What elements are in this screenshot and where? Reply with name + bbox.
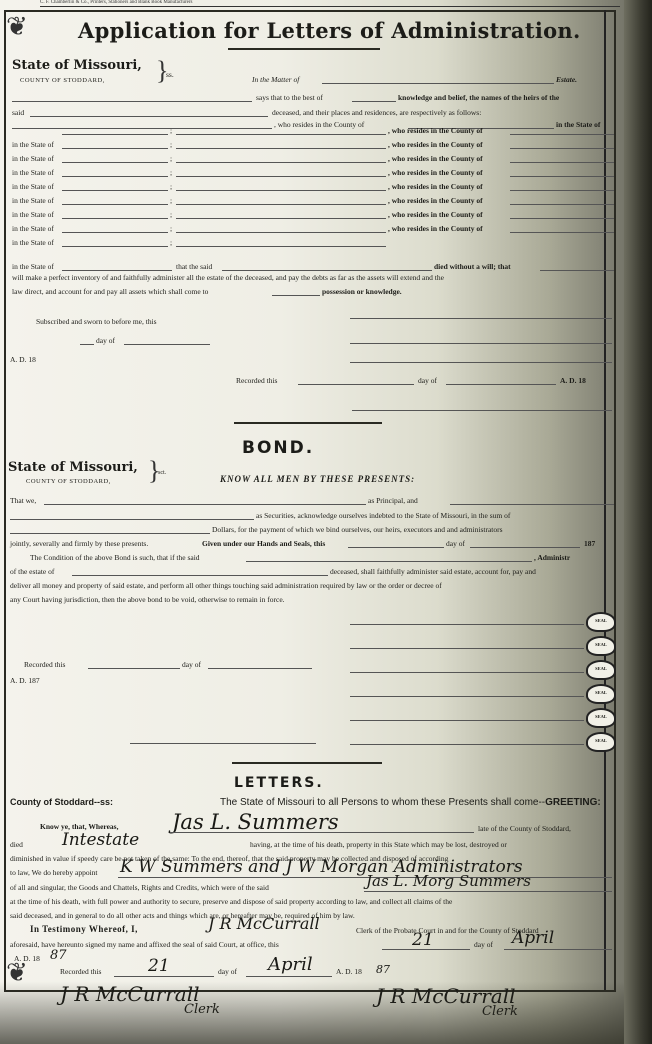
recorded-day-field[interactable]: [88, 668, 180, 669]
text: day of: [474, 940, 493, 949]
day-field[interactable]: [80, 344, 94, 345]
month-field[interactable]: [504, 949, 612, 950]
given-day-field[interactable]: [348, 547, 444, 548]
recorded-month-field[interactable]: [208, 668, 312, 669]
text: , who resides in the County of: [388, 168, 483, 177]
decedent-field[interactable]: [30, 116, 268, 117]
text: jointly, severally and firmly by these p…: [10, 539, 148, 548]
text: in the State of: [12, 196, 54, 205]
securities-field[interactable]: [10, 519, 254, 520]
separator: ;: [170, 168, 172, 177]
seal-icon: SEAL: [586, 732, 616, 752]
decedent-field[interactable]: [222, 270, 432, 271]
recorder-signature-line[interactable]: [130, 743, 316, 744]
text: day of: [418, 376, 437, 385]
text: Dollars, for the payment of which we bin…: [212, 525, 503, 534]
separator: ;: [170, 210, 172, 219]
text: 187: [584, 539, 595, 548]
heir-county-field[interactable]: [510, 176, 614, 177]
text: , who resides in the County of: [388, 224, 483, 233]
county-label: COUNTY OF STODDARD,: [26, 478, 111, 485]
heir-county-field[interactable]: [510, 162, 614, 163]
heir-state-field[interactable]: [62, 134, 168, 135]
recorded-month-handwritten[interactable]: April: [268, 954, 313, 975]
heir-state-field[interactable]: [62, 232, 168, 233]
intestate-handwritten[interactable]: Intestate: [62, 830, 139, 850]
testimony-label: In Testimony Whereof, I,: [30, 925, 138, 934]
surety-signature-line[interactable]: [350, 696, 584, 697]
matter-field[interactable]: [322, 83, 554, 84]
text: in the State of: [556, 120, 600, 129]
possession-field[interactable]: [272, 295, 320, 296]
heir-name-field[interactable]: [176, 246, 386, 247]
heir-county-field[interactable]: [510, 218, 614, 219]
text: as Securities, acknowledge ourselves ind…: [256, 511, 510, 520]
text: day of: [182, 660, 201, 669]
section-divider: [232, 762, 382, 764]
heir-county-field[interactable]: [510, 232, 614, 233]
recorder-signature-line[interactable]: [352, 410, 612, 411]
deceased-name-handwritten[interactable]: Jas L. Morg Summers: [366, 872, 531, 890]
greeting-word: GREETING:: [545, 797, 601, 808]
text: That we,: [10, 496, 36, 505]
text: , Administr: [534, 553, 570, 562]
heir-state-field[interactable]: [62, 218, 168, 219]
appointees-field[interactable]: [118, 877, 612, 878]
text: will make a perfect inventory of and fai…: [12, 273, 444, 282]
surety-signature-line[interactable]: [350, 672, 584, 673]
text: in the State of: [12, 154, 54, 163]
text: of all and singular, the Goods and Chatt…: [10, 883, 269, 892]
clerk-signature-left[interactable]: J R McCurrall: [60, 982, 200, 1006]
surety-signature-line[interactable]: [350, 648, 584, 649]
text: in the State of: [12, 182, 54, 191]
amount-field[interactable]: [10, 533, 210, 534]
heir-name-field[interactable]: [176, 162, 386, 163]
text: Given under our Hands and Seals, this: [202, 539, 325, 548]
signature-line[interactable]: [350, 362, 612, 363]
clerk-name-handwritten[interactable]: J R McCurrall: [208, 914, 320, 933]
corner-ornament-icon: ❦: [6, 960, 28, 986]
heir-state-field[interactable]: [62, 162, 168, 163]
text: says that to the best of: [256, 93, 323, 102]
month-handwritten[interactable]: April: [512, 928, 554, 948]
knowledge-field[interactable]: [352, 101, 396, 102]
text: A. D. 18: [14, 954, 40, 963]
greeting-line: The State of Missouri to all Persons to …: [220, 797, 601, 808]
text: any Court having jurisdiction, then the …: [10, 595, 285, 604]
given-month-field[interactable]: [470, 547, 580, 548]
text: , who resides in the County of: [388, 140, 483, 149]
heir-state-field[interactable]: [62, 176, 168, 177]
heir-name-field[interactable]: [176, 148, 386, 149]
separator: ;: [170, 154, 172, 163]
text: , who resides in the County of: [388, 154, 483, 163]
text: in the State of: [12, 262, 54, 271]
estate-label: Estate.: [556, 75, 577, 84]
deceased-name-handwritten[interactable]: Jas L. Summers: [172, 810, 339, 834]
heir-name-field[interactable]: [176, 204, 386, 205]
principal-field[interactable]: [44, 504, 366, 505]
text: as Principal, and: [368, 496, 418, 505]
heir-name-field[interactable]: [176, 218, 386, 219]
year-handwritten[interactable]: 87: [50, 948, 67, 963]
text: day of: [446, 539, 465, 548]
text: law direct, and account for and pay all …: [12, 287, 208, 296]
page-title: Application for Letters of Administratio…: [78, 18, 581, 43]
heir-county-field[interactable]: [510, 134, 614, 135]
title-divider: [228, 48, 380, 50]
deceased-name-field[interactable]: [170, 832, 474, 833]
letters-heading: LETTERS.: [234, 775, 324, 791]
text: at the time of his death, with full powe…: [10, 897, 452, 906]
text: that the said: [176, 262, 212, 271]
month-field[interactable]: [124, 344, 210, 345]
heir-name-field[interactable]: [176, 190, 386, 191]
text: Recorded this: [60, 967, 101, 976]
securities-field[interactable]: [450, 504, 614, 505]
separator: ;: [170, 140, 172, 149]
seal-icon: SEAL: [586, 708, 616, 728]
seal-icon: SEAL: [586, 636, 616, 656]
seal-icon: SEAL: [586, 612, 616, 632]
deceased-name-field[interactable]: [364, 891, 612, 892]
text: in the State of: [12, 238, 54, 247]
state-field[interactable]: [62, 270, 172, 271]
county-label: County of Stoddard--ss:: [10, 798, 113, 807]
recorded-day-handwritten[interactable]: 21: [148, 956, 170, 976]
heir-name-field[interactable]: [176, 232, 386, 233]
document-page: C. F. Chamberlin & Co., Printers, Statio…: [0, 0, 624, 1044]
signature-line[interactable]: [350, 343, 612, 344]
state-label: State of Missouri,: [8, 460, 138, 475]
heir-state-field[interactable]: [62, 246, 168, 247]
text: said: [12, 108, 24, 117]
text: deliver all money and property of said e…: [10, 581, 442, 590]
heir-name-field[interactable]: [176, 134, 386, 135]
surety-signature-line[interactable]: [350, 624, 584, 625]
heir-state-field[interactable]: [62, 148, 168, 149]
right-margin-rule: [604, 10, 606, 990]
recorded-month-field[interactable]: [246, 976, 332, 977]
text: deceased, and their places and residence…: [272, 108, 481, 117]
surety-signature-line[interactable]: [350, 720, 584, 721]
text: , who resides in the County of: [388, 126, 483, 135]
heir-state-field[interactable]: [62, 204, 168, 205]
heir-name-field[interactable]: [12, 128, 272, 129]
clerk-title-right: Clerk: [482, 1004, 518, 1019]
clerk-title-left: Clerk: [184, 1002, 220, 1017]
text: day of: [218, 967, 237, 976]
text: to law, We do hereby appoint: [10, 868, 98, 877]
text: Recorded this: [24, 660, 65, 669]
corner-ornament-icon: ❦: [6, 14, 28, 40]
text: A. D. 18: [560, 376, 586, 385]
text: in the State of: [12, 224, 54, 233]
heir-county-field[interactable]: [510, 148, 614, 149]
text: A. D. 187: [10, 676, 40, 685]
heir-county-field[interactable]: [510, 190, 614, 191]
heir-state-field[interactable]: [62, 190, 168, 191]
text: late of the County of Stoddard,: [478, 824, 571, 833]
recorded-day-field[interactable]: [298, 384, 414, 385]
sct-label: sct.: [158, 469, 166, 478]
text: , who resides in the County of: [388, 182, 483, 191]
seal-icon: SEAL: [586, 660, 616, 680]
text: died: [10, 840, 23, 849]
page-edge-shadow: [624, 0, 652, 1044]
text: day of: [96, 336, 115, 345]
greeting-text: The State of Missouri to all Persons to …: [220, 797, 545, 808]
text: possession or knowledge.: [322, 287, 402, 296]
day-field[interactable]: [382, 949, 470, 950]
text: Recorded this: [236, 376, 277, 385]
seal-icon: SEAL: [586, 684, 616, 704]
estate-field[interactable]: [72, 575, 328, 576]
ss-label: ss.: [166, 70, 174, 79]
bond-heading: BOND.: [242, 438, 314, 458]
text: having, at the time of his death, proper…: [250, 840, 507, 849]
text: of the estate of: [10, 567, 54, 576]
heir-name-field[interactable]: [176, 176, 386, 177]
text: A. D. 18: [336, 967, 362, 976]
separator: ;: [170, 238, 172, 247]
separator: ;: [170, 182, 172, 191]
recorded-day-field[interactable]: [114, 976, 214, 977]
matter-label: In the Matter of: [252, 75, 299, 84]
separator: ;: [170, 196, 172, 205]
separator: ;: [170, 126, 172, 135]
text: in the State of: [12, 210, 54, 219]
text: in the State of: [12, 140, 54, 149]
text: , who resides in the County of: [274, 120, 364, 129]
text: died without a will; that: [434, 262, 511, 271]
section-divider: [234, 422, 382, 424]
surety-signature-line[interactable]: [350, 744, 584, 745]
text: knowledge and belief, the names of the h…: [398, 93, 559, 102]
know-all-heading: KNOW ALL MEN BY THESE PRESENTS:: [220, 474, 415, 484]
text: A. D. 18: [10, 355, 36, 364]
separator: ;: [170, 224, 172, 233]
recorded-month-field[interactable]: [446, 384, 556, 385]
petitioner-field[interactable]: [12, 101, 252, 102]
day-handwritten[interactable]: 21: [412, 930, 434, 950]
printer-imprint: C. F. Chamberlin & Co., Printers, Statio…: [40, 0, 620, 7]
text: in the State of: [12, 168, 54, 177]
heir-county-field[interactable]: [510, 204, 614, 205]
text: , who resides in the County of: [388, 210, 483, 219]
signature-line[interactable]: [350, 318, 612, 319]
state-label: State of Missouri,: [12, 58, 142, 73]
recorded-year-handwritten[interactable]: 87: [376, 963, 390, 976]
text: , who resides in the County of: [388, 196, 483, 205]
text: deceased, shall faithfully administer sa…: [330, 567, 536, 576]
text: Subscribed and sworn to before me, this: [36, 317, 157, 326]
text: The Condition of the above Bond is such,…: [30, 553, 200, 562]
county-label: COUNTY OF STODDARD,: [20, 77, 105, 84]
administrator-field[interactable]: [540, 270, 614, 271]
administrator-field[interactable]: [246, 561, 532, 562]
